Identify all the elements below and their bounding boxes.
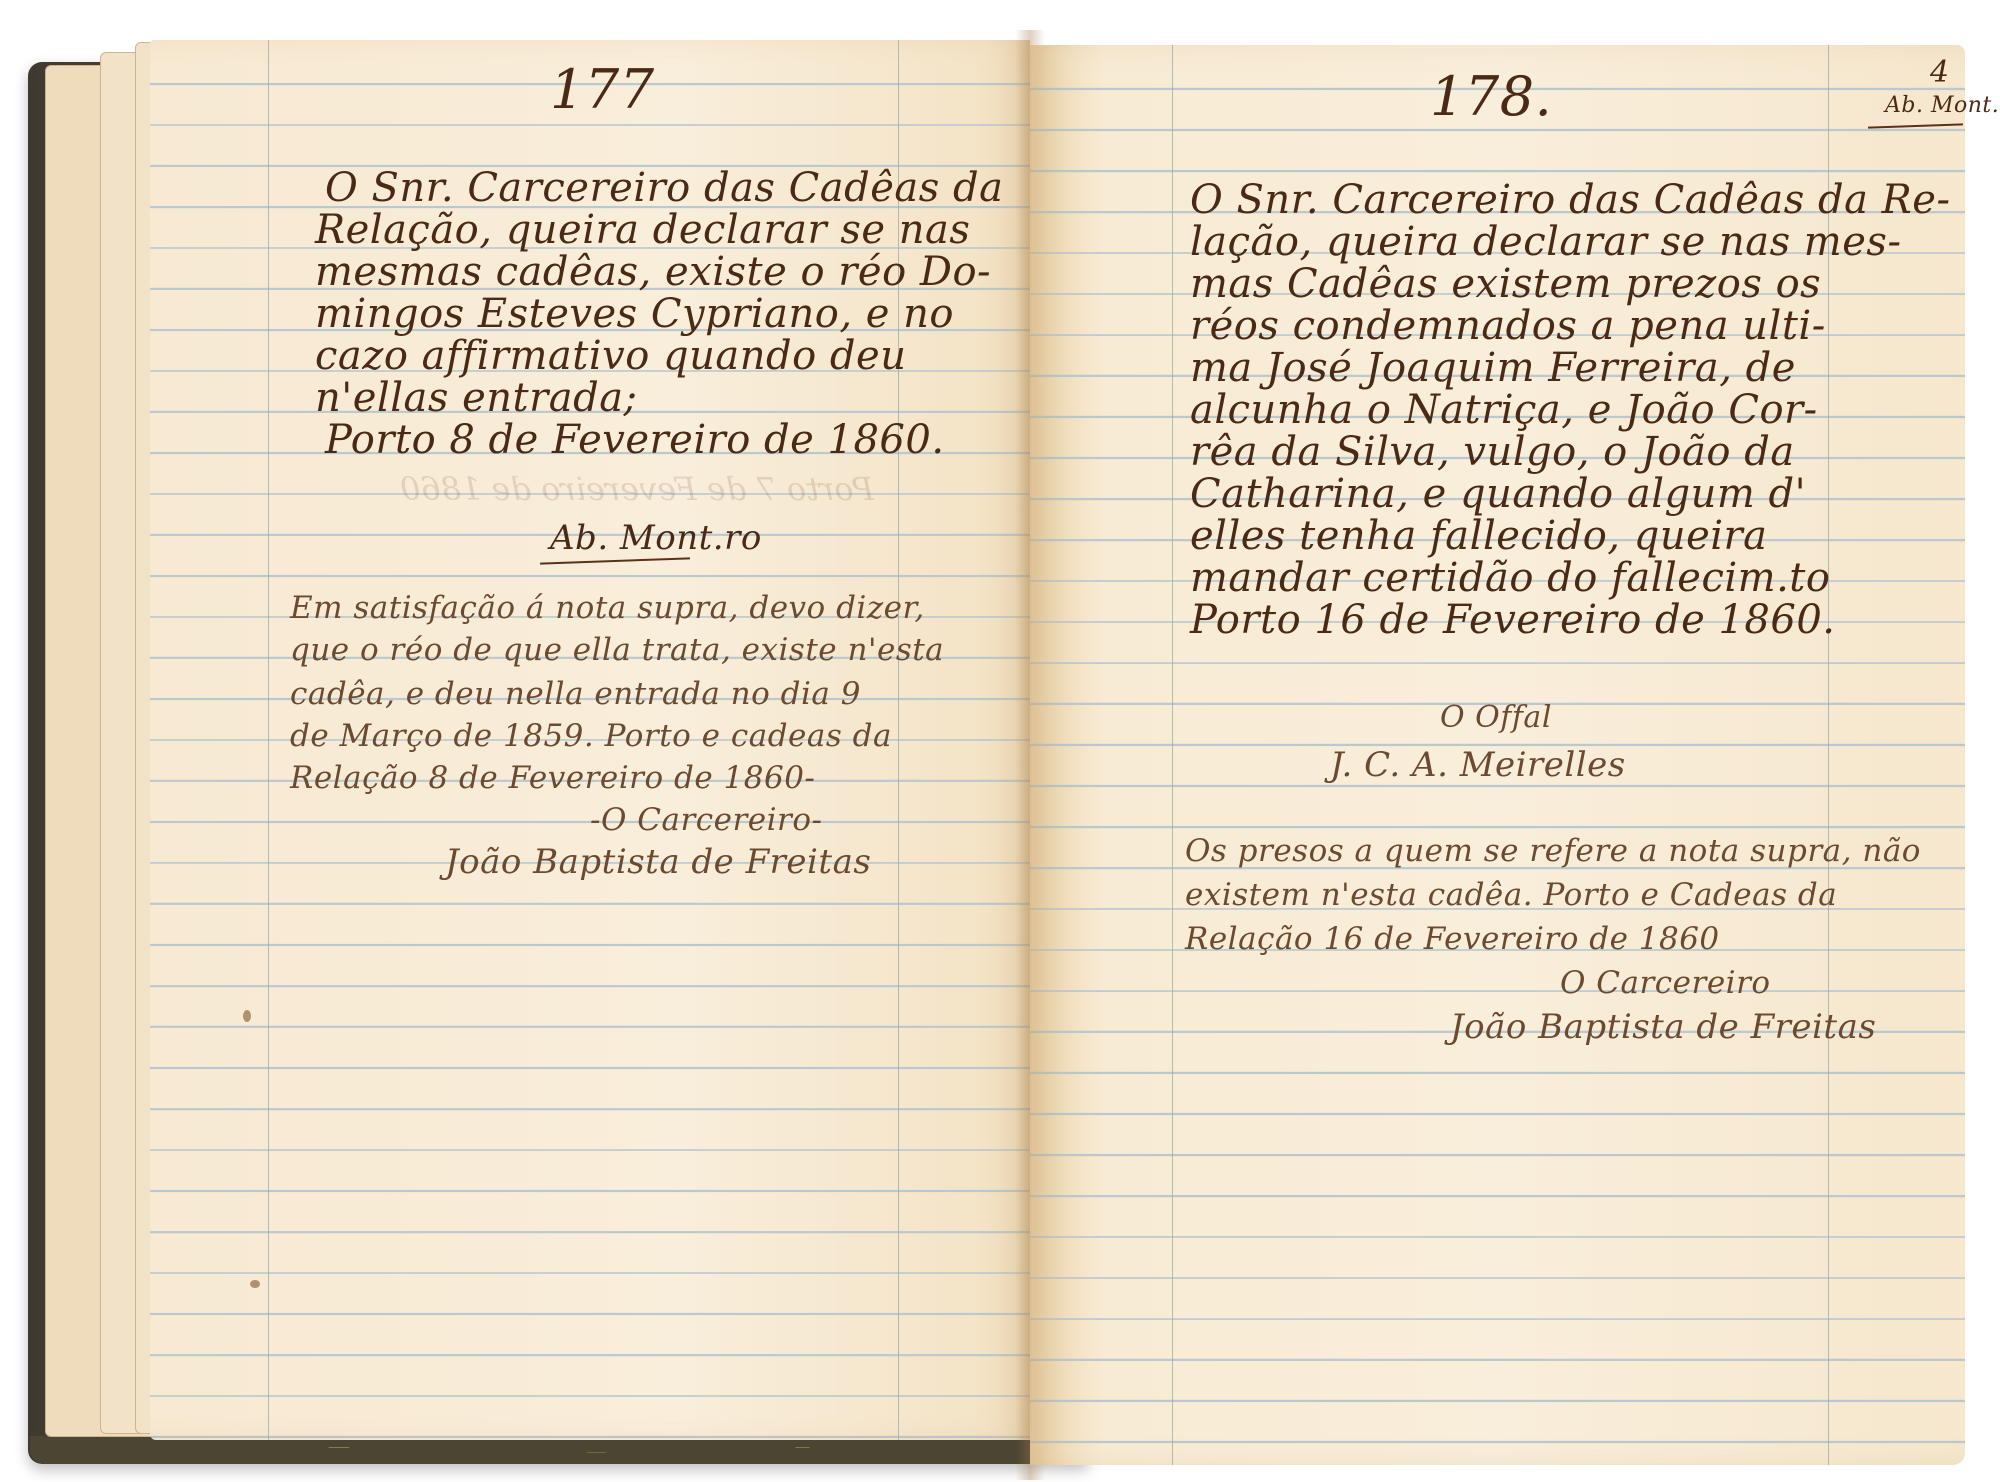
request-line: cazo affirmativo quando deu: [315, 336, 906, 376]
reply-line: Relação 16 de Fevereiro de 1860: [1185, 919, 1720, 959]
bleed-through-text: Porto 7 de Fevereiro de 1860: [400, 470, 874, 508]
jailer-title: -O Carcereiro-: [590, 800, 823, 840]
ink-spot: [250, 1280, 260, 1288]
page-number: 177: [550, 58, 655, 121]
request-line: mandar certidão do fallecim.to: [1190, 558, 1830, 598]
request-line: O Snr. Carcereiro das Cadêas da Re-: [1190, 180, 1950, 220]
request-line: Catharina, e quando algum d': [1190, 474, 1806, 514]
right-page: 178. 4 Ab. Mont.ro O Snr. Carcereiro das…: [1030, 45, 1965, 1465]
request-line: Relação, queira declarar se nas: [315, 210, 970, 250]
request-line: elles tenha fallecido, queira: [1190, 516, 1768, 556]
reply-line: que o réo de que ella trata, existe n'es…: [290, 630, 944, 670]
corner-folio-number: 4: [1930, 55, 1950, 90]
official-title: O Offal: [1440, 700, 1552, 735]
request-line: n'ellas entrada;: [315, 378, 638, 418]
request-line: mesmas cadêas, existe o réo Do-: [315, 252, 991, 292]
marbled-cover-edge: [30, 1436, 1060, 1464]
request-date: Porto 8 de Fevereiro de 1860.: [325, 420, 945, 460]
jailer-signature: João Baptista de Freitas: [1450, 1007, 1876, 1047]
reply-line: cadêa, e deu nella entrada no dia 9: [290, 674, 861, 714]
signature-underline: [540, 557, 690, 564]
reply-line: Em satisfação á nota supra, devo dizer,: [290, 588, 925, 628]
request-line: réos condemnados a pena ulti-: [1190, 306, 1826, 346]
request-line: rêa da Silva, vulgo, o João da: [1190, 432, 1795, 472]
reply-line: Os presos a quem se refere a nota supra,…: [1185, 831, 1921, 871]
request-line: mas Cadêas existem prezos os: [1190, 264, 1821, 304]
jailer-title: O Carcereiro: [1560, 963, 1771, 1003]
official-signature: J. C. A. Meirelles: [1330, 745, 1626, 785]
request-line: alcunha o Natriça, e João Cor-: [1190, 390, 1818, 430]
request-line: ma José Joaquim Ferreira, de: [1190, 348, 1796, 388]
request-line: mingos Esteves Cypriano, e no: [315, 294, 954, 334]
left-margin-rule: [268, 40, 269, 1440]
request-line: lação, queira declarar se nas mes-: [1190, 222, 1901, 262]
left-margin-rule: [1172, 45, 1173, 1465]
corner-signature: Ab. Mont.ro: [1885, 93, 2000, 118]
request-date: Porto 16 de Fevereiro de 1860.: [1190, 600, 1836, 640]
corner-signature-underline: [1868, 123, 1963, 128]
left-page: Porto 7 de Fevereiro de 1860 177 O Snr. …: [150, 40, 1030, 1440]
page-number: 178.: [1430, 65, 1552, 128]
reply-line: Relação 8 de Fevereiro de 1860-: [290, 758, 815, 798]
reply-line: de Março de 1859. Porto e cadeas da: [290, 716, 892, 756]
jailer-signature: João Baptista de Freitas: [445, 842, 871, 882]
ink-spot: [243, 1010, 251, 1022]
request-line: O Snr. Carcereiro das Cadêas da: [325, 168, 1003, 208]
open-ledger-photo: Porto 7 de Fevereiro de 1860 177 O Snr. …: [0, 0, 2000, 1482]
official-signature: Ab. Mont.ro: [550, 518, 762, 558]
reply-line: existem n'esta cadêa. Porto e Cadeas da: [1185, 875, 1837, 915]
